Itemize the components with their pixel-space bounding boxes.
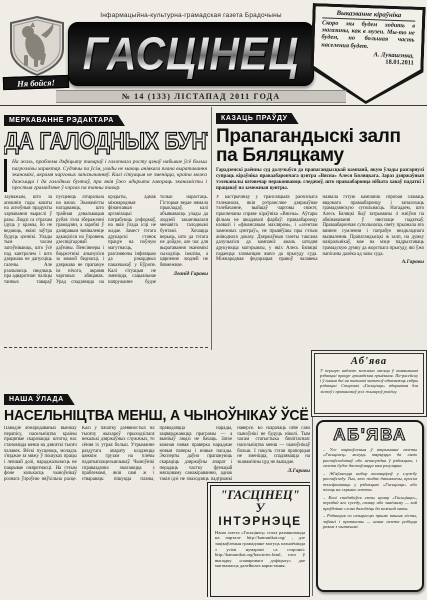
announcement-box: АБ'ЯВА – Усе зацікаўленыя ў атрыманні га… bbox=[316, 420, 424, 592]
internet-box-title-1: "ГАСЦІНЕЦ" У bbox=[215, 489, 305, 515]
internet-box: "ГАСЦІНЕЦ" У ІНТЭРНЭЦЕ Наша газета «Гась… bbox=[210, 485, 310, 597]
body-editorial: Заўважым, што за апошнія гады кошты на а… bbox=[4, 195, 208, 345]
headline-vlada: НАСЕЛЬНІЦТВА МЕНШ, А ЧЫНОЎНІКАЎ ЎСЁ БОЛЬ… bbox=[4, 408, 292, 424]
signature-pravda: А.Гаравы bbox=[323, 259, 425, 265]
article-separator bbox=[4, 347, 208, 348]
announcement-script-box: Аб'ява У першую нядзелю кожнага месяца ў… bbox=[314, 353, 424, 414]
motto-ribbon: Ня бойся! bbox=[3, 75, 69, 90]
section-badge-vlada: НАША ЎЛАДА bbox=[4, 394, 75, 405]
headline-pravda: Прапагандыскі залп па Бяляцкаму bbox=[216, 128, 424, 165]
masthead-subtitle: Інфармацыйна-культурна-грамадская газета… bbox=[68, 12, 314, 19]
section-badge-editorial: МЕРКАВАННЕ РЭДАКТАРА bbox=[4, 115, 125, 126]
issue-date-bar: № 14 (133) ЛІСТАПАД 2011 ГОДА bbox=[56, 90, 346, 103]
signature-vlada: Л.Гаравы bbox=[237, 468, 310, 474]
announcement-item: – Рэдакцыя са шчырасцю прыме вашыя лісты… bbox=[323, 513, 417, 529]
column-rule-top bbox=[211, 107, 212, 350]
announcement-script-text: У першую нядзелю кожнага месяца ў памяшк… bbox=[320, 368, 418, 394]
announcement-script-title: Аб'ява bbox=[320, 356, 418, 367]
lead-pravda: Гарадзенскі раённы суд далучыўся да прап… bbox=[216, 168, 424, 192]
article-vlada: НАША ЎЛАДА НАСЕЛЬНІЦТВА МЕНШ, А ЧЫНОЎНІК… bbox=[4, 388, 310, 597]
newspaper-title: ГАСЦІНЕЦ bbox=[83, 28, 299, 81]
announcement-item: – Калі спадабаўся гэты нумар «Гасьцінца»… bbox=[323, 495, 417, 511]
body-pravda-text: У кастрычніку ў трансляцыях расейскага т… bbox=[216, 195, 424, 262]
section-badge-pravda: КАЗАЦЬ ПРАЎДУ bbox=[216, 113, 299, 124]
masthead-box: ГАСЦІНЕЦ bbox=[68, 22, 314, 86]
newspaper-front-page: Інфармацыйна-культурна-грамадская газета… bbox=[0, 0, 427, 600]
announcement-item: – Аб'яўляецца набор валанцёраў у службу … bbox=[323, 471, 417, 493]
internet-box-title-2: ІНТЭРНЭЦЕ bbox=[215, 515, 305, 528]
internet-box-text: Наша газета «Гасьцінец» стала размяшчацц… bbox=[215, 530, 305, 569]
body-pravda: У кастрычніку ў трансляцыях расейскага т… bbox=[216, 195, 424, 351]
article-pravda: КАЗАЦЬ ПРАЎДУ Прапагандыскі залп па Бяля… bbox=[216, 107, 424, 351]
quote-text: Скоро мы будем ходить в магазины, как в … bbox=[321, 19, 415, 51]
column-rule-bottom bbox=[312, 388, 313, 596]
lead-editorial: На жаль, праблема дэфіцыту тавараў і гал… bbox=[4, 159, 207, 192]
announcement-title: АБ'ЯВА bbox=[323, 425, 417, 445]
quote-shield-content: Выказванне кіраўніка Скоро мы будем ходи… bbox=[312, 6, 422, 103]
signature-editorial: Леанід Гаравы bbox=[160, 271, 208, 277]
crest-lion-icon bbox=[8, 15, 66, 77]
headline-editorial: ДА ГАЛОДНЫХ БУНТАЎ bbox=[4, 129, 179, 154]
announcement-item: – Усе зацікаўленыя ў атрыманні газеты «Г… bbox=[323, 447, 417, 469]
header-rule bbox=[0, 105, 427, 106]
article-editorial: МЕРКАВАННЕ РЭДАКТАРА ДА ГАЛОДНЫХ БУНТАЎ … bbox=[4, 109, 208, 386]
